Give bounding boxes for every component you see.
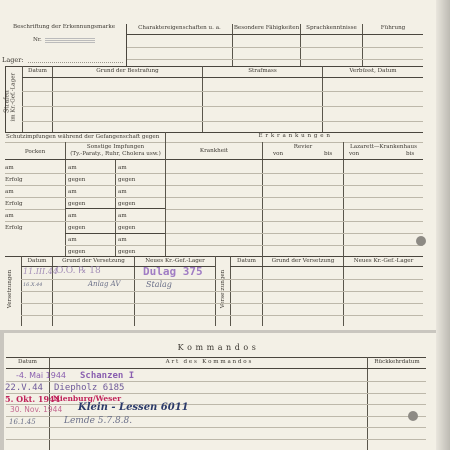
sprachkenntnisse-header: Sprachkenntnisse	[301, 25, 362, 31]
nr-erased-field	[45, 38, 95, 44]
divider	[52, 66, 53, 132]
lager-label: Lager:	[2, 56, 24, 64]
divider	[21, 279, 423, 280]
sonstige-am-label: am	[68, 237, 77, 243]
revier-von-label: von	[273, 151, 283, 157]
divider	[21, 315, 423, 316]
divider	[6, 427, 426, 428]
pocken-erfolg-label: Erfolg	[5, 225, 23, 231]
grund-bestrafung-header: Grund der Bestrafung	[53, 68, 202, 74]
erkennungsmarke-label: Beschriftung der Erkennungsmarke	[13, 24, 115, 30]
divider	[127, 47, 423, 48]
versetzung-datum-header: Datum	[22, 258, 52, 264]
pocken-erfolg-label: Erfolg	[5, 177, 23, 183]
verbuesst-datum-header: Verbüsst, Datum	[323, 68, 423, 74]
sonstige-gegen-label: gegen	[118, 249, 135, 255]
strafen-datum-header: Datum	[23, 68, 52, 74]
revier-header: Revier	[263, 144, 343, 150]
sonstige-gegen-label: gegen	[118, 225, 135, 231]
divider	[166, 233, 423, 234]
impfungen-title: Schutzimpfungen während der Gefangenscha…	[6, 134, 159, 140]
divider	[5, 197, 165, 198]
pocken-erfolg-label: Erfolg	[5, 201, 23, 207]
divider	[22, 106, 423, 107]
kommando-4-art: Klein - Lessen 6011	[78, 402, 189, 413]
divider	[166, 197, 423, 198]
lazarett-von-label: von	[349, 151, 359, 157]
strafmass-header: Strafmass	[203, 68, 322, 74]
lazarett-header: Lazarett—Krankenhaus	[344, 144, 423, 150]
sonstige-gegen-label: gegen	[118, 177, 135, 183]
kommando-2-datum-stamp: 22.V.44	[5, 383, 43, 393]
divider	[5, 256, 423, 257]
versetzung-1-datum: 11.III.44	[23, 267, 58, 276]
divider	[166, 221, 423, 222]
card-edge-shadow	[436, 0, 450, 450]
sonstige-gegen-label: gegen	[68, 225, 85, 231]
neues-lager-header: Neues Kr.-Gef.-Lager	[135, 258, 215, 264]
versetzung-1-grund: O.O. ℞ 18	[56, 266, 101, 276]
lager-dotted-line	[28, 62, 123, 63]
sonstige-am-label: am	[68, 165, 77, 171]
divider	[5, 221, 165, 222]
divider	[22, 91, 423, 92]
divider	[5, 142, 165, 143]
divider	[230, 266, 423, 267]
divider	[166, 173, 423, 174]
kommando-datum-header: Datum	[6, 359, 49, 365]
kommando-5-datum: 16.1.45	[9, 418, 36, 426]
divider	[202, 66, 203, 132]
kommandos-title: K o m m a n d o s	[4, 343, 430, 352]
sonstige-impfungen-subheader: (Ty.-Paraty., Ruhr, Cholera usw.)	[66, 151, 165, 157]
divider	[22, 77, 423, 78]
sonstige-gegen-label: gegen	[68, 177, 85, 183]
kommando-1-datum-stamp: -4. Mai 1944	[16, 371, 66, 380]
charaktereigenschaften-header: Charaktereigenschaften u. a.	[127, 25, 232, 31]
versetzung-datum-header-2: Datum	[231, 258, 262, 264]
divider	[166, 245, 423, 246]
divider	[322, 66, 323, 132]
kommando-4-datum-stamp: 30. Nov. 1944	[10, 405, 62, 414]
divider	[166, 142, 423, 143]
kommando-3-datum-stamp: 5. Okt. 1944	[5, 394, 60, 404]
rueckkehrdatum-header: Rückkehrdatum	[368, 359, 426, 365]
divider	[65, 208, 165, 209]
divider	[5, 209, 65, 210]
sonstige-am-label: am	[118, 189, 127, 195]
revier-bis-label: bis	[324, 151, 332, 157]
erkrankungen-title: E r k r a n k u n g e n	[166, 133, 423, 139]
divider	[22, 66, 23, 132]
pocken-am-label: am	[5, 165, 14, 171]
divider	[5, 173, 165, 174]
kommando-2-art-stamp: Diepholz 6185	[54, 383, 124, 393]
versetzung-2-grund: Anlag AV	[88, 280, 120, 288]
fuehrung-header: Führung	[363, 25, 423, 31]
krankheit-header: Krankheit	[166, 148, 262, 154]
grund-versetzung-header: Grund der Versetzung	[53, 258, 134, 264]
personnel-card-front: Beschriftung der Erkennungsmarke Nr. Lag…	[0, 0, 436, 330]
divider	[65, 245, 165, 246]
sonstige-am-label: am	[68, 213, 77, 219]
divider	[5, 66, 423, 67]
divider	[166, 159, 423, 160]
divider	[6, 439, 426, 440]
divider	[5, 159, 165, 160]
divider	[166, 209, 423, 210]
sonstige-am-label: am	[118, 237, 127, 243]
divider	[5, 185, 165, 186]
divider	[166, 185, 423, 186]
pocken-header: Pocken	[5, 149, 65, 155]
neues-lager-header-2: Neues Kr.-Gef.-Lager	[344, 258, 423, 264]
grund-versetzung-header-2: Grund der Versetzung	[263, 258, 343, 264]
versetzungen-side-label-right: Versetzungen	[220, 267, 226, 311]
divider	[127, 34, 423, 35]
sonstige-gegen-label: gegen	[118, 201, 135, 207]
kommando-1-art-stamp: Schanzen I	[80, 371, 134, 381]
versetzung-2-lager: Stalag	[146, 280, 172, 289]
sonstige-am-label: am	[68, 189, 77, 195]
nr-label: Nr.	[33, 37, 42, 43]
pocken-am-label: am	[5, 189, 14, 195]
sonstige-gegen-label: gegen	[68, 201, 85, 207]
kommandos-card: K o m m a n d o s Datum A r t d e s K o …	[4, 333, 438, 450]
divider	[65, 233, 165, 234]
divider	[21, 291, 423, 292]
sonstige-impfungen-header: Sonstige Impfungen	[66, 144, 165, 150]
pocken-am-label: am	[5, 213, 14, 219]
lazarett-bis-label: bis	[406, 151, 414, 157]
divider	[22, 121, 423, 122]
versetzung-1-lager-stamp: Dulag 375	[143, 265, 203, 278]
strafen-side-label: Strafen im Kr.-Gef.-Lager	[4, 82, 17, 122]
versetzung-2-datum: 16.X.44	[23, 282, 42, 288]
versetzungen-side-label-left: Versetzungen	[7, 267, 13, 311]
art-kommandos-header: A r t d e s K o m m a n d o s	[50, 359, 367, 365]
kommando-5-art: Lemde 5.7.8.8.	[64, 416, 132, 426]
divider	[6, 368, 426, 369]
sonstige-gegen-label: gegen	[68, 249, 85, 255]
sonstige-am-label: am	[118, 213, 127, 219]
punch-hole	[408, 411, 418, 421]
sonstige-am-label: am	[118, 165, 127, 171]
divider	[6, 357, 426, 358]
divider	[6, 404, 426, 405]
besondere-faehigkeiten-header: Besondere Fähigkeiten	[233, 25, 300, 31]
divider	[21, 303, 423, 304]
divider	[6, 381, 426, 382]
divider	[127, 59, 423, 60]
punch-hole	[416, 236, 426, 246]
